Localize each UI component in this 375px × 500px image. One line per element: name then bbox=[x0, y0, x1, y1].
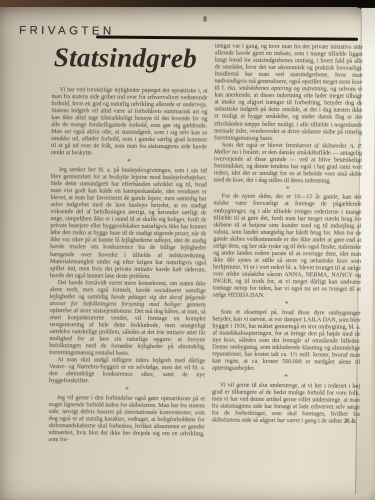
article-title: Statsindgreb bbox=[54, 42, 197, 74]
text-run: gennem opførelse af store statsejendomme… bbox=[49, 302, 205, 357]
italic-text-run: har været i gang bbox=[277, 418, 317, 424]
paragraph: Vi har ved forskellige lejligheder påpeg… bbox=[51, 87, 208, 159]
text-run: Jeg vil gerne i den forbindelse også gør… bbox=[48, 395, 204, 443]
text-run: At man skal undgå tidligere tiders fejlg… bbox=[49, 357, 205, 384]
paragraph: Som et eksempel på, hvad disse dyre omby… bbox=[212, 309, 361, 374]
masthead-rule bbox=[96, 35, 358, 41]
paragraph: At man skal undgå tidligere tiders fejlg… bbox=[49, 357, 205, 387]
paragraph: Jeg tænker her bl. a. på huslejelovgivni… bbox=[50, 167, 207, 281]
page-number: 8 bbox=[203, 14, 207, 23]
text-run: Vi har ved forskellige lejligheder påpeg… bbox=[51, 87, 208, 157]
text-run: Som et eksempel på, hvad disse dyre omby… bbox=[212, 309, 361, 372]
paragraph: For de nyere skibe, der er 10—15 år gaml… bbox=[213, 194, 362, 301]
text-run: længst var i gang, og hvor man fra det p… bbox=[215, 44, 363, 92]
paragraph: længst var i gang, og hvor man fra det p… bbox=[214, 44, 363, 144]
article-column-right: længst var i gang, og hvor man fra det p… bbox=[211, 44, 363, 500]
article-column-left: Vi har ved forskellige lejligheder påpeg… bbox=[48, 87, 208, 493]
paragraph: Det havde forsåvidt været mere konsekven… bbox=[49, 280, 206, 359]
text-run: For de nyere skibe, der er 10—15 år gaml… bbox=[213, 194, 362, 299]
italic-text-run: småskibenes aptering og indretning bbox=[239, 86, 327, 93]
magazine-page-photo: FRIVAGTEN 8 Statsindgreb Vi har ved fors… bbox=[0, 0, 375, 500]
paragraph: Som det også er blevet fremhævet af skib… bbox=[214, 142, 362, 186]
page-content: FRIVAGTEN 8 Statsindgreb Vi har ved fors… bbox=[0, 0, 375, 500]
paragraph: Jeg vil gerne i den forbindelse også gør… bbox=[48, 395, 204, 446]
text-run: , og selvom vi kan anerkende, at disses … bbox=[214, 87, 362, 142]
paragraph: Vi vil gerne til slut understrege, at vi… bbox=[212, 382, 360, 426]
text-run: Jeg tænker her bl. a. på huslejelovgivni… bbox=[50, 167, 207, 280]
text-run: Som det også er blevet fremhævet af skib… bbox=[222, 142, 350, 149]
text-run: nu i foråret, er den danske småskibsflåd… bbox=[214, 149, 362, 184]
